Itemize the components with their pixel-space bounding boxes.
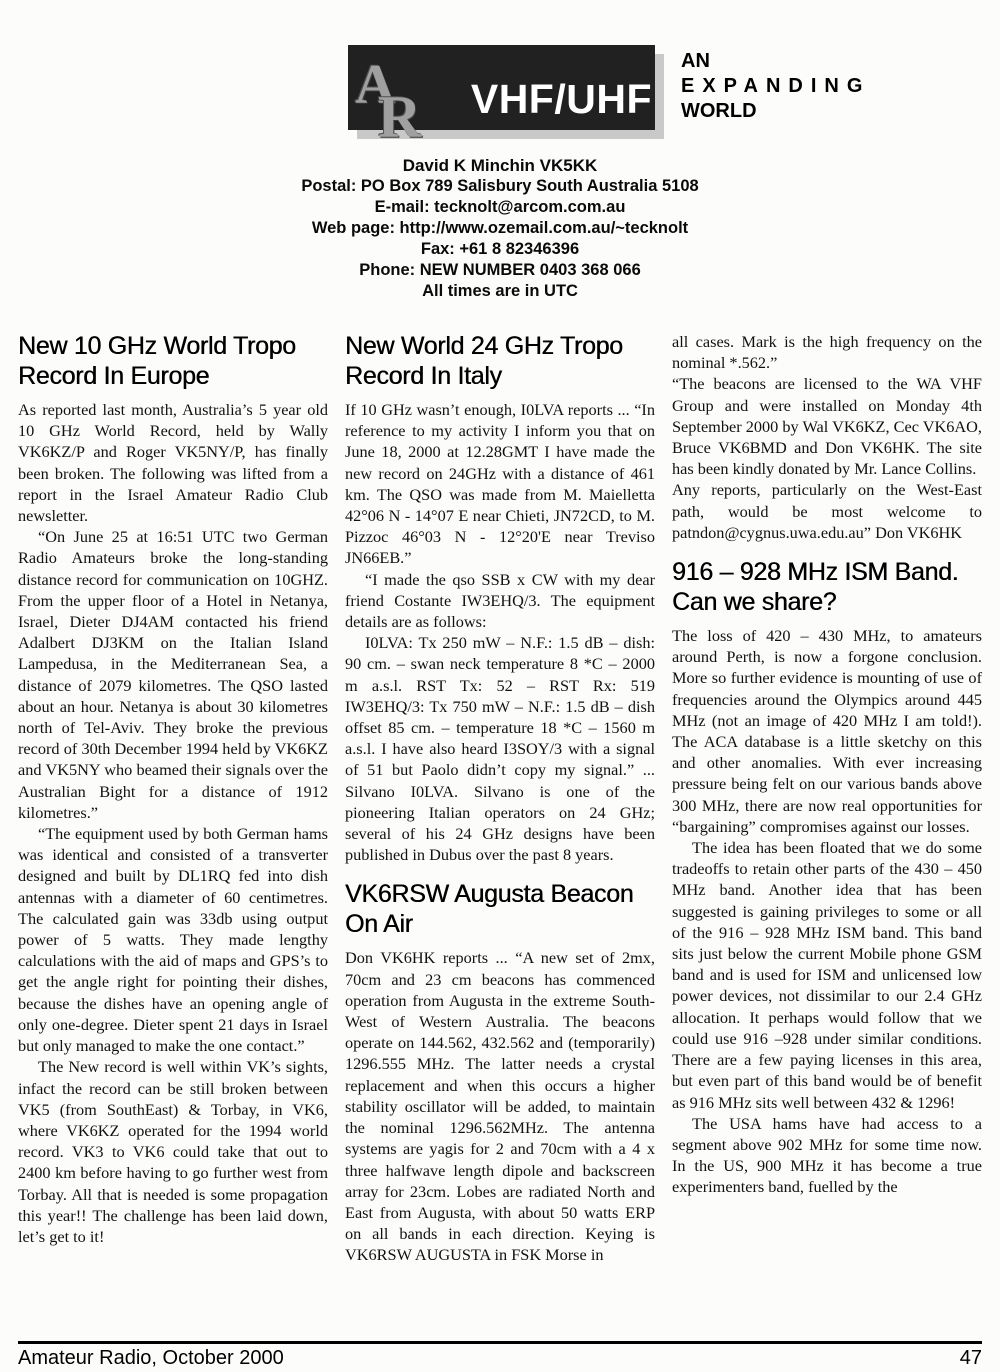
web-page-address: Web page: http://www.ozemail.com.au/~tec… xyxy=(0,218,1000,239)
paragraph: The loss of 420 – 430 MHz, to amateurs a… xyxy=(672,625,982,837)
page-footer: Amateur Radio, October 2000 47 xyxy=(18,1347,982,1370)
phone-number: Phone: NEW NUMBER 0403 368 066 xyxy=(0,260,1000,281)
tagline-line-1: AN xyxy=(681,49,870,74)
paragraph: Any reports, particularly on the West-Ea… xyxy=(672,479,982,543)
page-number: 47 xyxy=(960,1347,982,1370)
paragraph: The New record is well within VK’s sight… xyxy=(18,1056,328,1247)
paragraph: As reported last month, Australia’s 5 ye… xyxy=(18,399,328,526)
paragraph: all cases. Mark is the high frequency on… xyxy=(672,331,982,373)
paragraph: “The beacons are licensed to the WA VHF … xyxy=(672,373,982,479)
paragraph: “On June 25 at 16:51 UTC two German Radi… xyxy=(18,526,328,823)
section-heading: VK6RSW Augusta Beacon On Air xyxy=(345,880,655,939)
fax-number: Fax: +61 8 82346396 xyxy=(0,239,1000,260)
paragraph: “I made the qso SSB x CW with my dear fr… xyxy=(345,569,655,633)
postal-address: Postal: PO Box 789 Salisbury South Austr… xyxy=(0,176,1000,197)
article-column-3: all cases. Mark is the high frequency on… xyxy=(672,331,982,1266)
paragraph: The idea has been floated that we do som… xyxy=(672,837,982,1113)
masthead-banner: A R VHF/UHF xyxy=(348,45,655,130)
magazine-page: A R VHF/UHF AN EXPANDING WORLD David K M… xyxy=(0,0,1000,1372)
ar-monogram-letter-r: R xyxy=(378,87,421,147)
paragraph: Don VK6HK reports ... “A new set of 2mx,… xyxy=(345,947,655,1265)
paragraph: I0LVA: Tx 250 mW – N.F.: 1.5 dB – dish: … xyxy=(345,632,655,865)
paragraph: “The equipment used by both German hams … xyxy=(18,823,328,1056)
author-contact-block: David K Minchin VK5KK Postal: PO Box 789… xyxy=(0,155,1000,302)
section-heading: New World 24 GHz Tropo Record In Italy xyxy=(345,332,655,391)
banner-title: VHF/UHF xyxy=(471,76,652,123)
article-column-2: New World 24 GHz Tropo Record In ItalyIf… xyxy=(345,331,655,1266)
footer-divider xyxy=(18,1341,982,1344)
article-column-1: New 10 GHz World Tropo Record In EuropeA… xyxy=(18,331,328,1266)
section-heading: New 10 GHz World Tropo Record In Europe xyxy=(18,332,328,391)
section-heading: 916 – 928 MHz ISM Band. Can we share? xyxy=(672,558,982,617)
paragraph: If 10 GHz wasn’t enough, I0LVA reports .… xyxy=(345,399,655,569)
tagline-line-2: EXPANDING xyxy=(681,74,870,99)
publication-title: Amateur Radio, October 2000 xyxy=(18,1347,284,1370)
email-address: E-mail: tecknolt@arcom.com.au xyxy=(0,197,1000,218)
author-name: David K Minchin VK5KK xyxy=(0,155,1000,176)
tagline-line-3: WORLD xyxy=(681,99,870,124)
column-tagline: AN EXPANDING WORLD xyxy=(681,49,870,124)
article-columns: New 10 GHz World Tropo Record In EuropeA… xyxy=(18,331,982,1266)
utc-note: All times are in UTC xyxy=(0,281,1000,302)
paragraph: The USA hams have had access to a segmen… xyxy=(672,1113,982,1198)
